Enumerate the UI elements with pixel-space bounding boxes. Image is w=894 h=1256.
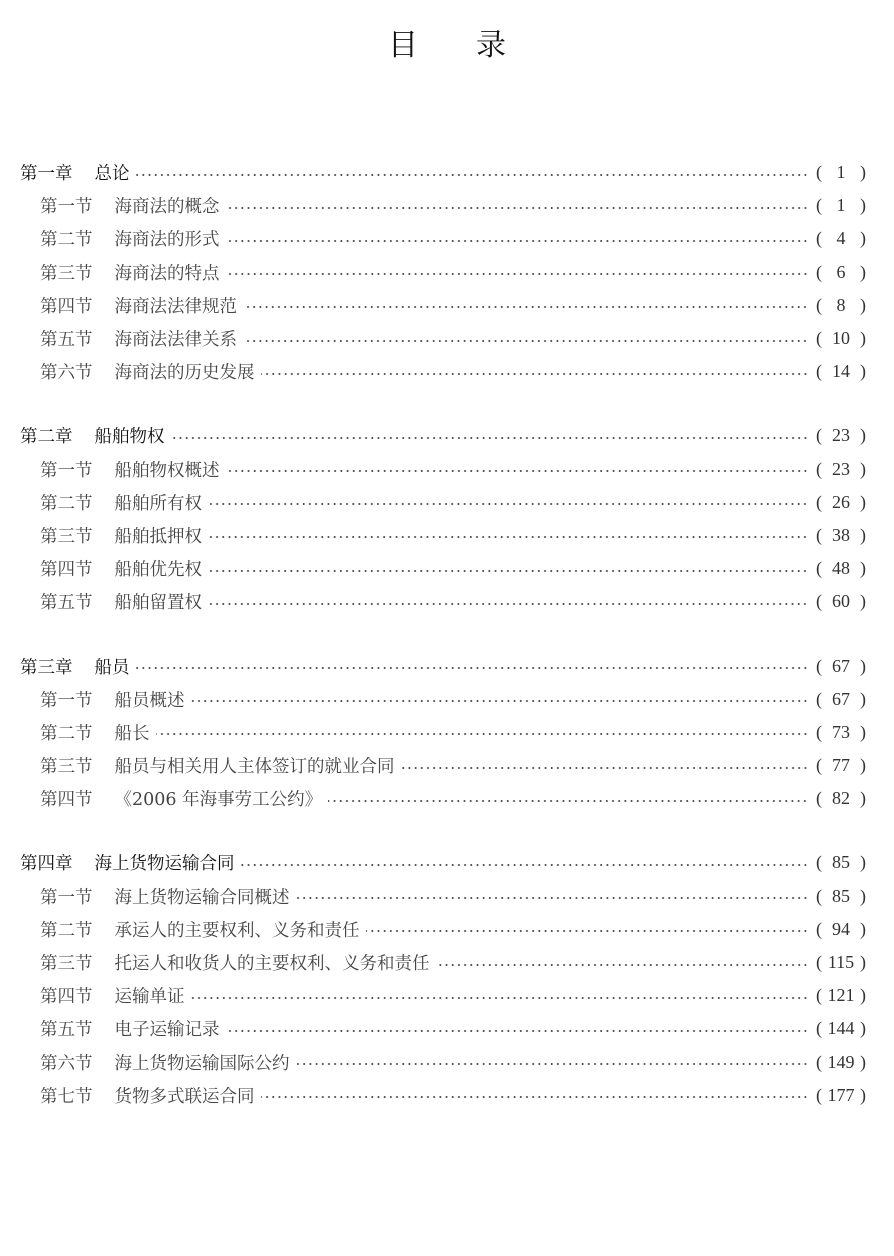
chapter-block: 第一章总论(1)第一节海商法的概念(1)第二节海商法的形式(4)第三节海商法的特… (20, 156, 866, 388)
section-title: 海商法的特点 (115, 260, 220, 285)
section-title: 海上货物运输合同概述 (115, 884, 290, 909)
section-title: 海商法法律规范 (115, 293, 238, 318)
toc-chapter-entry[interactable]: 第三章船员(67) (20, 649, 866, 682)
toc-section-entry[interactable]: 第五节电子运输记录(144) (20, 1012, 866, 1045)
dot-leader (226, 240, 809, 242)
page-number: (82) (816, 788, 866, 809)
close-paren: ) (860, 919, 866, 940)
close-paren: ) (860, 886, 866, 907)
section-title: 船员与相关用人主体签订的就业合同 (115, 753, 395, 778)
page-value: 14 (822, 361, 860, 382)
section-title: 船舶优先权 (115, 556, 203, 581)
toc-section-entry[interactable]: 第四节船舶优先权(48) (20, 552, 866, 585)
dot-leader (366, 930, 809, 932)
dot-leader (136, 174, 809, 176)
close-paren: ) (860, 788, 866, 809)
toc-section-entry[interactable]: 第三节船舶抵押权(38) (20, 519, 866, 552)
page-number: (144) (816, 1018, 866, 1039)
close-paren: ) (860, 1052, 866, 1073)
chapter-title: 船员 (95, 654, 130, 679)
page-value: 67 (822, 689, 860, 710)
section-number: 第五节 (40, 589, 93, 614)
page-value: 8 (822, 295, 860, 316)
page-value: 121 (822, 985, 860, 1006)
dot-leader (261, 373, 809, 375)
page-value: 73 (822, 722, 860, 743)
section-number: 第一节 (40, 457, 93, 482)
toc-section-entry[interactable]: 第三节海商法的特点(6) (20, 256, 866, 289)
page-value: 23 (822, 425, 860, 446)
toc-section-entry[interactable]: 第四节《2006 年海事劳工公约》(82) (20, 782, 866, 815)
close-paren: ) (860, 1018, 866, 1039)
section-number: 第一节 (40, 884, 93, 909)
page-number: (67) (816, 689, 866, 710)
toc-section-entry[interactable]: 第三节船员与相关用人主体签订的就业合同(77) (20, 749, 866, 782)
page-number: (94) (816, 919, 866, 940)
close-paren: ) (860, 459, 866, 480)
close-paren: ) (860, 492, 866, 513)
page-number: (149) (816, 1052, 866, 1073)
section-number: 第二节 (40, 917, 93, 942)
toc-section-entry[interactable]: 第四节海商法法律规范(8) (20, 289, 866, 322)
page-value: 144 (822, 1018, 860, 1039)
toc-chapter-entry[interactable]: 第二章船舶物权(23) (20, 419, 866, 452)
page-value: 6 (822, 262, 860, 283)
close-paren: ) (860, 425, 866, 446)
chapter-title: 船舶物权 (95, 423, 165, 448)
section-title: 船舶抵押权 (115, 523, 203, 548)
page-number: (4) (816, 228, 866, 249)
toc-section-entry[interactable]: 第二节海商法的形式(4) (20, 222, 866, 255)
close-paren: ) (860, 525, 866, 546)
page-number: (23) (816, 425, 866, 446)
chapter-number: 第三章 (20, 654, 73, 679)
toc-section-entry[interactable]: 第六节海上货物运输国际公约(149) (20, 1046, 866, 1079)
page-number: (38) (816, 525, 866, 546)
toc-section-entry[interactable]: 第六节海商法的历史发展(14) (20, 355, 866, 388)
dot-leader (328, 800, 808, 802)
page-value: 115 (822, 952, 860, 973)
toc-section-entry[interactable]: 第五节海商法法律关系(10) (20, 322, 866, 355)
page-number: (177) (816, 1085, 866, 1106)
dot-leader (226, 1030, 809, 1032)
section-title: 船舶所有权 (115, 490, 203, 515)
page-value: 94 (822, 919, 860, 940)
close-paren: ) (860, 755, 866, 776)
page-title: 目录 (0, 20, 894, 64)
page-value: 48 (822, 558, 860, 579)
page-value: 85 (822, 886, 860, 907)
page-number: (10) (816, 328, 866, 349)
close-paren: ) (860, 228, 866, 249)
section-title: 承运人的主要权利、义务和责任 (115, 917, 360, 942)
chapter-block: 第三章船员(67)第一节船员概述(67)第二节船长(73)第三节船员与相关用人主… (20, 649, 866, 815)
page-number: (73) (816, 722, 866, 743)
page-number: (85) (816, 886, 866, 907)
page-number: (14) (816, 361, 866, 382)
dot-leader (241, 864, 809, 866)
dot-leader (208, 536, 808, 538)
section-title: 船舶物权概述 (115, 457, 220, 482)
section-title: 《2006 年海事劳工公约》 (115, 786, 323, 811)
page-number: (115) (816, 952, 866, 973)
section-title: 船员概述 (115, 687, 185, 712)
dot-leader (171, 437, 809, 439)
section-number: 第二节 (40, 720, 93, 745)
section-number: 第三节 (40, 753, 93, 778)
page-value: 4 (822, 228, 860, 249)
section-number: 第六节 (40, 1050, 93, 1075)
dot-leader (156, 733, 809, 735)
close-paren: ) (860, 852, 866, 873)
page-number: (67) (816, 656, 866, 677)
page-value: 10 (822, 328, 860, 349)
close-paren: ) (860, 656, 866, 677)
page-value: 38 (822, 525, 860, 546)
section-number: 第七节 (40, 1083, 93, 1108)
section-number: 第四节 (40, 786, 93, 811)
section-title: 货物多式联运合同 (115, 1083, 255, 1108)
page-number: (23) (816, 459, 866, 480)
close-paren: ) (860, 162, 866, 183)
page-value: 177 (822, 1085, 860, 1106)
dot-leader (436, 964, 809, 966)
section-title: 电子运输记录 (115, 1016, 220, 1041)
page-number: (1) (816, 162, 866, 183)
toc-section-entry[interactable]: 第三节托运人和收货人的主要权利、义务和责任(115) (20, 946, 866, 979)
toc-chapter-entry[interactable]: 第一章总论(1) (20, 156, 866, 189)
close-paren: ) (860, 361, 866, 382)
page-value: 67 (822, 656, 860, 677)
section-number: 第四节 (40, 556, 93, 581)
chapter-number: 第四章 (20, 850, 73, 875)
toc-section-entry[interactable]: 第二节船舶所有权(26) (20, 486, 866, 519)
page-number: (26) (816, 492, 866, 513)
section-number: 第五节 (40, 326, 93, 351)
page-value: 77 (822, 755, 860, 776)
section-number: 第一节 (40, 193, 93, 218)
page-value: 82 (822, 788, 860, 809)
close-paren: ) (860, 295, 866, 316)
section-title: 运输单证 (115, 983, 185, 1008)
page-value: 26 (822, 492, 860, 513)
close-paren: ) (860, 328, 866, 349)
page-number: (6) (816, 262, 866, 283)
toc-section-entry[interactable]: 第四节运输单证(121) (20, 979, 866, 1012)
page-number: (77) (816, 755, 866, 776)
section-title: 船长 (115, 720, 150, 745)
section-number: 第五节 (40, 1016, 93, 1041)
page-value: 1 (822, 195, 860, 216)
dot-leader (226, 470, 809, 472)
page-value: 60 (822, 591, 860, 612)
dot-leader (226, 273, 809, 275)
page-number: (48) (816, 558, 866, 579)
section-number: 第二节 (40, 226, 93, 251)
table-of-contents: 第一章总论(1)第一节海商法的概念(1)第二节海商法的形式(4)第三节海商法的特… (20, 156, 866, 1143)
close-paren: ) (860, 1085, 866, 1106)
section-title: 海上货物运输国际公约 (115, 1050, 290, 1075)
section-title: 海商法的概念 (115, 193, 220, 218)
chapter-title: 总论 (95, 160, 130, 185)
toc-section-entry[interactable]: 第一节船舶物权概述(23) (20, 453, 866, 486)
dot-leader (191, 700, 809, 702)
page-value: 1 (822, 162, 860, 183)
dot-leader (401, 767, 809, 769)
toc-section-entry[interactable]: 第七节货物多式联运合同(177) (20, 1079, 866, 1112)
chapter-number: 第一章 (20, 160, 73, 185)
dot-leader (208, 503, 808, 505)
section-number: 第一节 (40, 687, 93, 712)
section-number: 第三节 (40, 950, 93, 975)
dot-leader (296, 897, 809, 899)
close-paren: ) (860, 558, 866, 579)
close-paren: ) (860, 262, 866, 283)
section-title: 海商法的历史发展 (115, 359, 255, 384)
toc-section-entry[interactable]: 第二节船长(73) (20, 716, 866, 749)
chapter-block: 第二章船舶物权(23)第一节船舶物权概述(23)第二节船舶所有权(26)第三节船… (20, 419, 866, 618)
toc-section-entry[interactable]: 第一节海上货物运输合同概述(85) (20, 880, 866, 913)
page-value: 149 (822, 1052, 860, 1073)
section-title: 海商法的形式 (115, 226, 220, 251)
chapter-number: 第二章 (20, 423, 73, 448)
dot-leader (243, 306, 808, 308)
page-number: (60) (816, 591, 866, 612)
toc-section-entry[interactable]: 第一节船员概述(67) (20, 683, 866, 716)
section-number: 第四节 (40, 983, 93, 1008)
page-number: (8) (816, 295, 866, 316)
section-number: 第三节 (40, 523, 93, 548)
close-paren: ) (860, 985, 866, 1006)
chapter-title: 海上货物运输合同 (95, 850, 235, 875)
page-number: (1) (816, 195, 866, 216)
page-value: 85 (822, 852, 860, 873)
close-paren: ) (860, 689, 866, 710)
dot-leader (243, 340, 808, 342)
dot-leader (261, 1096, 809, 1098)
close-paren: ) (860, 952, 866, 973)
close-paren: ) (860, 722, 866, 743)
section-title: 船舶留置权 (115, 589, 203, 614)
dot-leader (208, 570, 808, 572)
toc-chapter-entry[interactable]: 第四章海上货物运输合同(85) (20, 846, 866, 879)
dot-leader (226, 207, 809, 209)
close-paren: ) (860, 591, 866, 612)
page-number: (121) (816, 985, 866, 1006)
dot-leader (191, 997, 809, 999)
close-paren: ) (860, 195, 866, 216)
toc-section-entry[interactable]: 第二节承运人的主要权利、义务和责任(94) (20, 913, 866, 946)
section-number: 第六节 (40, 359, 93, 384)
chapter-block: 第四章海上货物运输合同(85)第一节海上货物运输合同概述(85)第二节承运人的主… (20, 846, 866, 1112)
toc-section-entry[interactable]: 第五节船舶留置权(60) (20, 585, 866, 618)
section-number: 第三节 (40, 260, 93, 285)
dot-leader (296, 1063, 809, 1065)
toc-section-entry[interactable]: 第一节海商法的概念(1) (20, 189, 866, 222)
dot-leader (136, 667, 809, 669)
section-title: 海商法法律关系 (115, 326, 238, 351)
page-number: (85) (816, 852, 866, 873)
dot-leader (208, 603, 808, 605)
section-number: 第四节 (40, 293, 93, 318)
section-title: 托运人和收货人的主要权利、义务和责任 (115, 950, 430, 975)
section-number: 第二节 (40, 490, 93, 515)
page-value: 23 (822, 459, 860, 480)
